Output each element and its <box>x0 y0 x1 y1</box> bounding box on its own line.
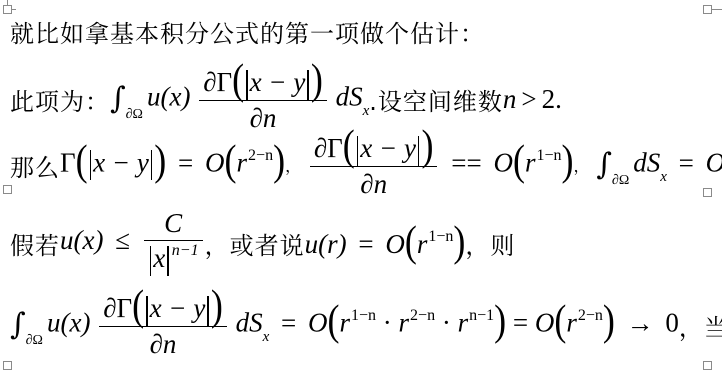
math-expression-2: u(r) = O(r1−n) <box>305 226 466 260</box>
text-mid: .设空间维数 <box>369 82 503 117</box>
fraction: ∂Γ(x − y) ∂n <box>312 130 436 201</box>
math-expression: Γ(x − y) = O(r2−n)， ∂Γ(x − y) ∂n == O(r1… <box>60 130 722 201</box>
fraction: ∂Γ(x − y) ∂n <box>201 64 325 135</box>
math-n: n <box>503 84 517 115</box>
math-dS: dS <box>336 82 363 112</box>
fraction: C xn−1 <box>146 206 201 280</box>
paragraph-line-1: 就比如拿基本积分公式的第一项做个估计： <box>10 14 485 49</box>
text-when: ，当 <box>679 308 722 343</box>
crop-mark-line <box>7 0 8 5</box>
fraction: ∂Γ(x − y) ∂n <box>101 290 225 361</box>
text-prefix: 那么 <box>10 148 60 183</box>
paragraph-line-4: 假若 u(x) ≤ C xn−1 ，或者说 u(r) = O(r1−n) ，则 <box>10 206 515 280</box>
text-prefix: 假若 <box>10 226 60 261</box>
crop-mark-line <box>711 9 722 10</box>
math-value: 2. <box>542 84 562 115</box>
text-prefix: 此项为： <box>10 82 110 117</box>
math-op: > <box>521 84 536 115</box>
integral-domain: ∂Ω <box>126 107 143 122</box>
math-expression: u(x) ≤ C xn−1 <box>60 206 205 280</box>
crop-mark-bottom-right <box>703 361 712 370</box>
crop-mark-line <box>11 9 16 10</box>
text-mid: ，或者说 <box>205 226 305 261</box>
integral-sign: ∫ <box>110 81 126 116</box>
paragraph-line-3: 那么 Γ(x − y) = O(r2−n)， ∂Γ(x − y) ∂n == O… <box>10 130 722 201</box>
paragraph-line-5: ∫∂Ωu(x) ∂Γ(x − y) ∂n dSx = O(r1−n · r2−n… <box>10 290 722 361</box>
paragraph-line-2: 此项为： ∫∂Ωu(x) ∂Γ(x − y) ∂n dSx .设空间维数 n >… <box>10 64 562 135</box>
fraction-numerator: ∂Γ(x − y) <box>201 64 325 100</box>
math-integral: ∫∂Ωu(x) ∂Γ(x − y) ∂n dSx <box>110 64 369 135</box>
text-end: ，则 <box>465 226 515 261</box>
document-page: 就比如拿基本积分公式的第一项做个估计： 此项为： ∫∂Ωu(x) ∂Γ(x − … <box>0 0 722 372</box>
math-u: u(x) <box>147 82 190 112</box>
text-intro: 就比如拿基本积分公式的第一项做个估计： <box>10 14 485 49</box>
math-expression: ∫∂Ωu(x) ∂Γ(x − y) ∂n dSx = O(r1−n · r2−n… <box>10 290 679 361</box>
crop-mark-bottom-left <box>3 361 12 370</box>
